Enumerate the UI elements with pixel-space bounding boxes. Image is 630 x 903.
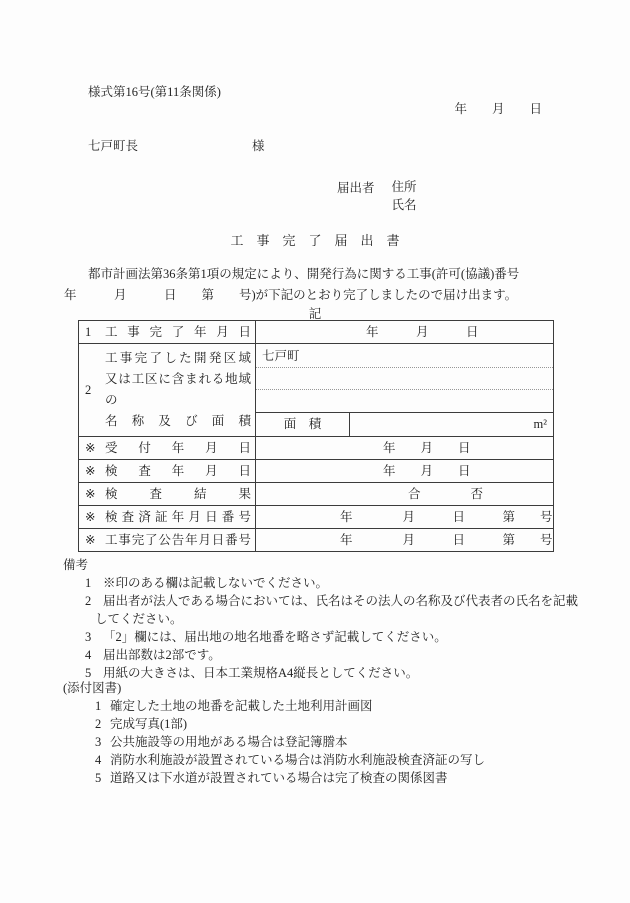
row-number: ※	[79, 437, 105, 459]
row-value: 年 月 日	[256, 460, 553, 482]
submitter-label: 届出者	[337, 178, 375, 214]
completion-table: 1 工事完了年月日 年 月 日 2 工事完了した開発区域 又は工区に含まれる地域…	[78, 320, 554, 552]
form-number: 様式第16号(第11条関係)	[88, 82, 221, 100]
row-completion-date: 1 工事完了年月日 年 月 日	[79, 321, 553, 343]
row-value: 合 否	[256, 483, 553, 505]
header-date-line: 年 月 日	[454, 99, 542, 117]
row-inspection-date: ※ 検査年月日 年 月 日	[79, 459, 553, 482]
row-value: 年 月 日 第 号	[256, 529, 553, 551]
row-number: ※	[79, 506, 105, 528]
row-label: 検査済証年月日番号	[105, 506, 251, 528]
area-size-unit: m²	[350, 413, 553, 436]
row-value: 年 月 日 第 号	[256, 506, 553, 528]
area-blank-line-2	[256, 390, 553, 412]
attachment-item: 5 道路又は下水道が設置されている場合は完了検査の関係図書	[63, 769, 583, 787]
row-label: 受付年月日	[105, 437, 251, 459]
row-inspection-certificate: ※ 検査済証年月日番号 年 月 日 第 号	[79, 505, 553, 528]
row-label: 検査年月日	[105, 460, 251, 482]
attachments-section: (添付図書) 1 確定した土地の地番を記載した土地利用計画図 2 完成写真(1部…	[63, 679, 583, 787]
row-development-area: 2 工事完了した開発区域 又は工区に含まれる地域の 名称及び面積 七戸町 面 積…	[79, 343, 553, 436]
area-blank-line-1	[256, 368, 553, 390]
attachments-heading: (添付図書)	[63, 679, 583, 697]
note-item: 1 ※印のある欄は記載しないでください。	[63, 574, 583, 592]
row-label: 工事完了公告年月日番号	[105, 529, 251, 551]
submitter-block: 届出者 住所 氏名	[337, 178, 417, 214]
row-label: 工事完了年月日	[105, 321, 251, 343]
row-label: 工事完了した開発区域 又は工区に含まれる地域の 名称及び面積	[105, 348, 251, 432]
form-page: 様式第16号(第11条関係) 年 月 日 七戸町長 様 届出者 住所 氏名 工 …	[0, 0, 630, 903]
row-inspection-result: ※ 検査結果 合 否	[79, 482, 553, 505]
document-title: 工 事 完 了 届 出 書	[0, 230, 630, 249]
row-value: 年 月 日	[256, 321, 553, 343]
area-name-line: 七戸町	[256, 344, 553, 368]
row-value: 年 月 日	[256, 437, 553, 459]
row-completion-notice: ※ 工事完了公告年月日番号 年 月 日 第 号	[79, 528, 553, 551]
submitter-name-label: 氏名	[392, 196, 417, 214]
attachment-item: 1 確定した土地の地番を記載した土地利用計画図	[63, 697, 583, 715]
note-item: 2 届出者が法人である場合においては、氏名はその法人の名称及び代表者の氏名を記載…	[63, 592, 583, 628]
row-number: 1	[79, 321, 105, 343]
row-label: 検査結果	[105, 483, 251, 505]
row-number: ※	[79, 483, 105, 505]
row-acceptance-date: ※ 受付年月日 年 月 日	[79, 436, 553, 459]
body-line-2: 年 月 日 第 号)が下記のとおり完了しましたので届け出ます。	[64, 285, 517, 303]
attachment-item: 2 完成写真(1部)	[63, 715, 583, 733]
note-item: 3 「2」欄には、届出地の地名地番を略さず記載してください。	[63, 628, 583, 646]
addressee-honorific: 様	[252, 136, 265, 154]
row-number: ※	[79, 529, 105, 551]
row-number: ※	[79, 460, 105, 482]
submitter-address-label: 住所	[392, 178, 417, 196]
area-size-row: 面 積 m²	[256, 412, 553, 436]
attachment-item: 3 公共施設等の用地がある場合は登記簿謄本	[63, 733, 583, 751]
addressee: 七戸町長	[88, 136, 138, 154]
row-number: 2	[79, 383, 105, 398]
notes-heading: 備考	[63, 556, 583, 574]
area-size-label: 面 積	[256, 413, 350, 436]
attachment-item: 4 消防水利施設が設置されている場合は消防水利施設検査済証の写し	[63, 751, 583, 769]
note-item: 4 届出部数は2部です。	[63, 646, 583, 664]
notes-section: 備考 1 ※印のある欄は記載しないでください。 2 届出者が法人である場合におい…	[63, 556, 583, 682]
body-line-1: 都市計画法第36条第1項の規定により、開発行為に関する工事(許可(協議)番号	[64, 264, 519, 282]
